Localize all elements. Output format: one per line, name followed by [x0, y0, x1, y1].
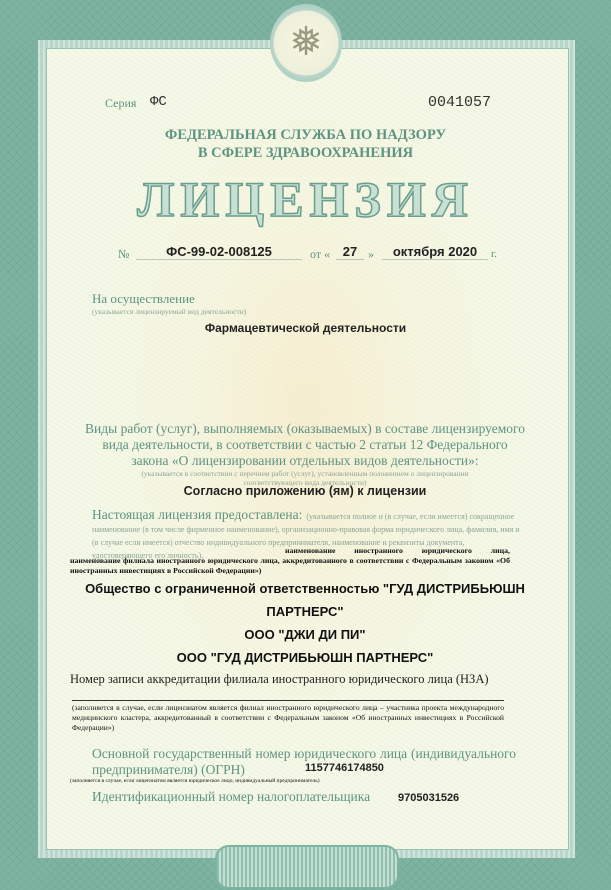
series-label: Серия	[105, 96, 136, 111]
nza-label: Номер записи аккредитации филиала иностр…	[70, 672, 489, 687]
granted-label: Настоящая лицензия предоставлена:	[92, 507, 302, 522]
org-short-name-2: ООО "ГУД ДИСТРИБЬЮШН ПАРТНЕРС"	[60, 650, 550, 665]
agency-name-line2: В СФЕРЕ ЗДРАВООХРАНЕНИЯ	[0, 144, 611, 162]
nza-hint: (заполняется в случае, если лицензиатом …	[72, 703, 504, 733]
works-text-line3: закона «О лицензировании отдельных видов…	[60, 453, 550, 469]
activity-label: На осуществление	[92, 291, 195, 307]
guilloche-plate	[215, 845, 399, 889]
activity-value: Фармацевтической деятельности	[0, 321, 611, 335]
agency-name-line1: ФЕДЕРАЛЬНАЯ СЛУЖБА ПО НАДЗОРУ	[0, 126, 611, 144]
series-value: ФС	[150, 94, 167, 110]
russian-coat-of-arms-icon: ❅	[284, 14, 328, 70]
granted-hint-foreign: наименование иностранного юридического л…	[70, 546, 510, 576]
ogrn-label-line1: Основной государственный номер юридическ…	[92, 746, 516, 762]
works-text-line1: Виды работ (услуг), выполняемых (оказыва…	[60, 421, 550, 437]
ogrn-hint: (заполняется в случае, если лицензиатом …	[70, 776, 320, 786]
inn-value: 9705031526	[398, 792, 459, 804]
date-year-suffix: г.	[491, 248, 497, 260]
document-title: ЛИЦЕНЗИЯ	[0, 170, 611, 228]
activity-hint: (указывается лицензируемый вид деятельно…	[92, 307, 246, 316]
org-name-line1: Общество с ограниченной ответственностью…	[60, 581, 550, 596]
blank-number: 0041057	[428, 94, 491, 111]
ogrn-value: 1157746174850	[305, 762, 384, 774]
license-number: ФС-99-02-008125	[136, 244, 302, 260]
works-value: Согласно приложению (ям) к лицензии	[60, 484, 550, 498]
date-month-year: октября 2020	[382, 244, 488, 260]
inn-label: Идентификационный номер налогоплательщик…	[92, 789, 370, 805]
date-from-label: от «	[310, 247, 330, 262]
works-hint-line1: (указывается в соответствии с перечнем р…	[60, 469, 550, 478]
license-number-label: №	[118, 247, 129, 262]
date-day: 27	[336, 244, 364, 260]
org-short-name-1: ООО "ДЖИ ДИ ПИ"	[60, 627, 550, 642]
org-name-line2: ПАРТНЕРС"	[60, 604, 550, 619]
date-close-quote: »	[368, 247, 374, 262]
nza-value-line	[72, 700, 504, 701]
works-text-line2: вида деятельности, в соответствии с част…	[60, 437, 550, 453]
